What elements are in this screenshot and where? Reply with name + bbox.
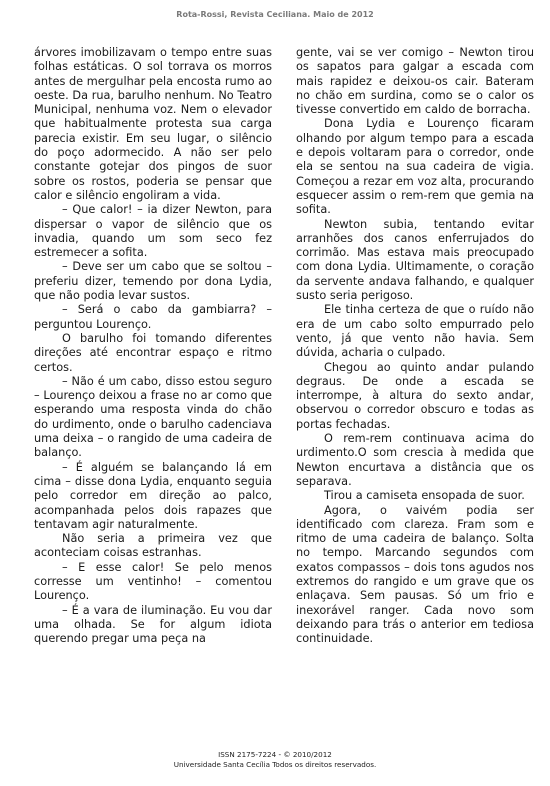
paragraph: – Que calor! – ia dizer Newton, para dis… xyxy=(34,203,272,260)
paragraph: Chegou ao quinto andar pulando degraus. … xyxy=(296,361,534,432)
paragraph: Tirou a camiseta ensopada de suor. xyxy=(296,489,534,503)
paragraph: – Será o cabo da gambiarra? – perguntou … xyxy=(34,303,272,332)
paragraph: Dona Lydia e Lourenço ficaram olhando po… xyxy=(296,117,534,217)
paragraph: O barulho foi tomando diferentes direçõe… xyxy=(34,332,272,375)
paragraph: Ele tinha certeza de que o ruído não era… xyxy=(296,303,534,360)
right-column: gente, vai se ver comigo – Newton tirou … xyxy=(296,46,534,646)
paragraph: árvores imobilizavam o tempo entre suas … xyxy=(34,46,272,203)
paragraph: Não seria a primeira vez que aconteciam … xyxy=(34,532,272,561)
running-head: Rota-Rossi, Revista Ceciliana. Maio de 2… xyxy=(0,10,550,19)
issn-line: ISSN 2175-7224 - © 2010/2012 xyxy=(0,750,550,760)
paragraph: Newton subia, tentando evitar arranhões … xyxy=(296,218,534,304)
left-column: árvores imobilizavam o tempo entre suas … xyxy=(34,46,272,646)
paragraph: – Deve ser um cabo que se soltou – prefe… xyxy=(34,260,272,303)
paragraph: O rem-rem continuava acima do urdimento.… xyxy=(296,432,534,489)
paragraph: – É a vara de iluminação. Eu vou dar uma… xyxy=(34,604,272,647)
paragraph: Agora, o vaivém podia ser identificado c… xyxy=(296,504,534,647)
paragraph: – É alguém se balançando lá em cima – di… xyxy=(34,461,272,532)
rights-line: Universidade Santa Cecília Todos os dire… xyxy=(0,760,550,770)
page-footer: ISSN 2175-7224 - © 2010/2012 Universidad… xyxy=(0,750,550,769)
paragraph: gente, vai se ver comigo – Newton tirou … xyxy=(296,46,534,117)
paragraph: – Não é um cabo, disso estou seguro – Lo… xyxy=(34,375,272,461)
paragraph: – E esse calor! Se pelo menos corresse u… xyxy=(34,561,272,604)
